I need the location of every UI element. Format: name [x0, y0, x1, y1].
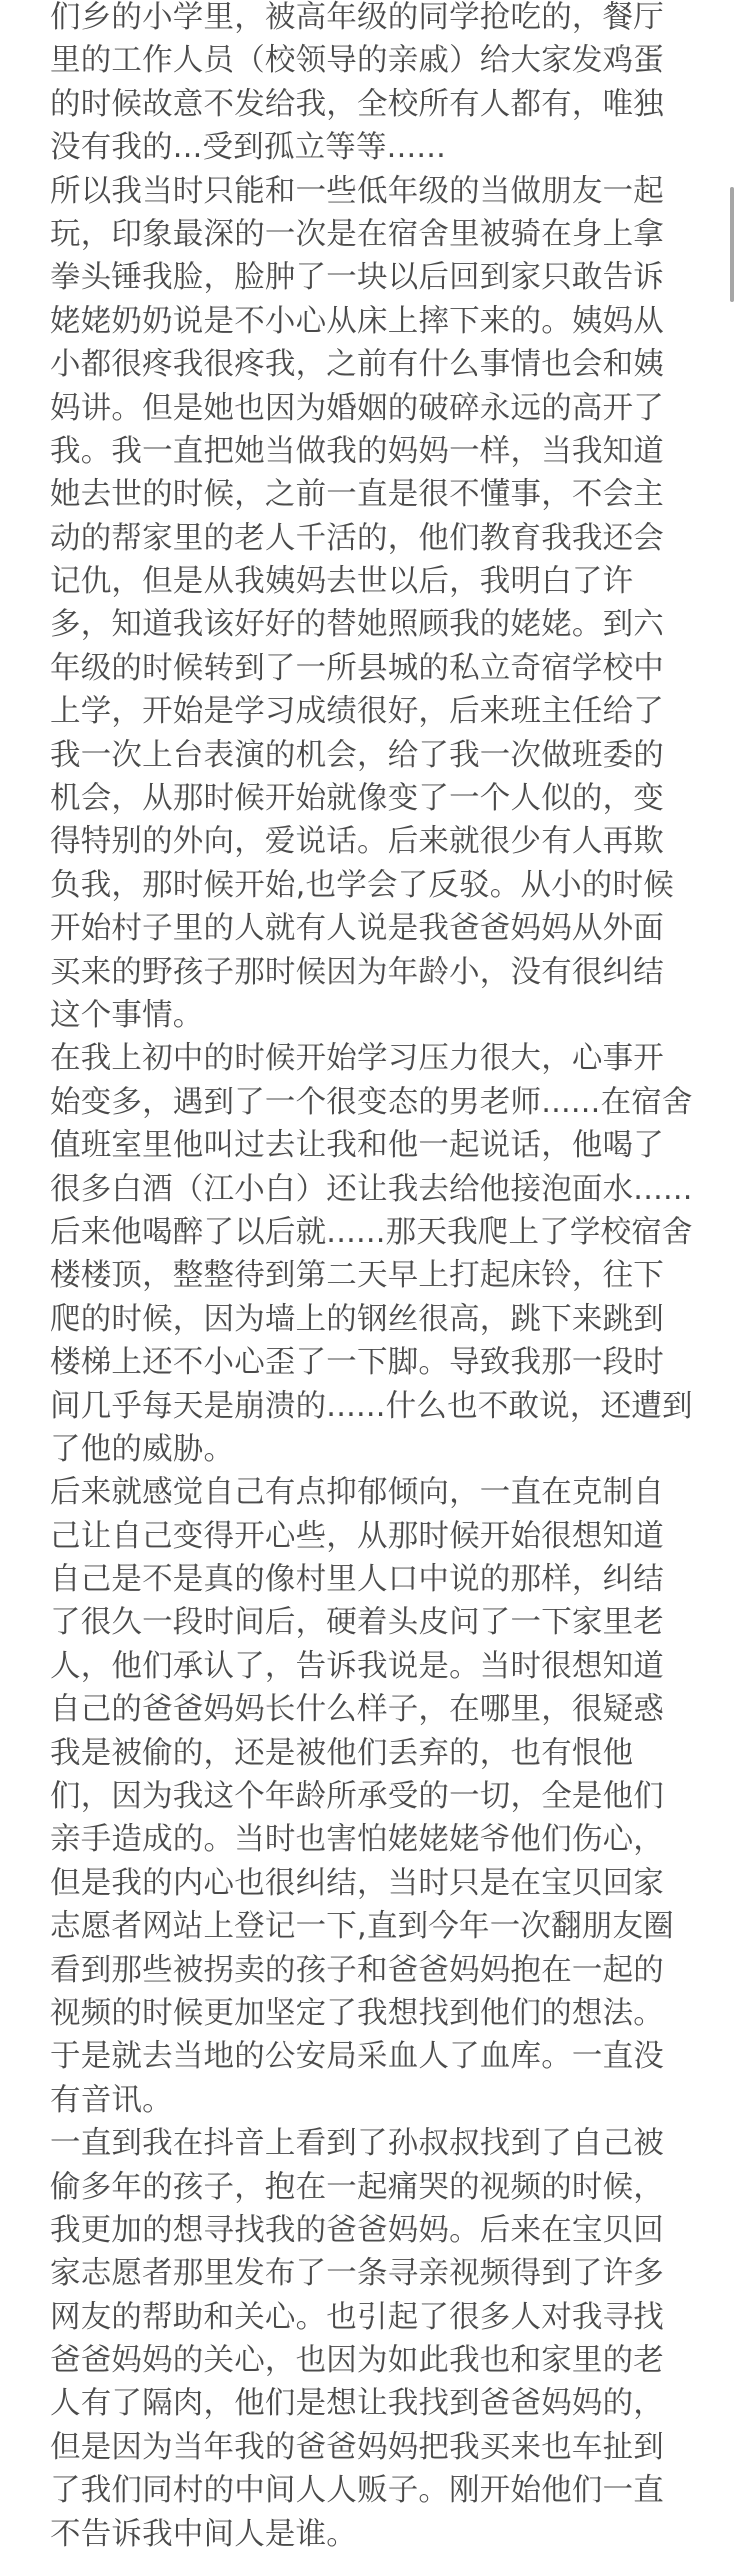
article-text: 们乡的小学里，被高年级的同学抢吃的，餐厅里的工作人员（校领导的亲戚）给大家发鸡蛋…: [50, 0, 690, 2556]
text-line: 妈讲。但是她也因为婚姻的破碎永远的高开了: [50, 387, 690, 430]
text-line: 有音讯。: [50, 2079, 690, 2122]
document-page: 们乡的小学里，被高年级的同学抢吃的，餐厅里的工作人员（校领导的亲戚）给大家发鸡蛋…: [0, 0, 740, 2560]
text-line: 记仇，但是从我姨妈去世以后，我明白了许: [50, 560, 690, 603]
text-line: 我是被偷的，还是被他们丢弃的，也有恨他: [50, 1732, 690, 1775]
text-line: 小都很疼我很疼我，之前有什么事情也会和姨: [50, 343, 690, 386]
text-line: 始变多，遇到了一个很变态的男老师......在宿舍: [50, 1081, 690, 1124]
text-line: 拳头锤我脸，脸肿了一块以后回到家只敢告诉: [50, 256, 690, 299]
text-line: 多，知道我该好好的替她照顾我的姥姥。到六: [50, 603, 690, 646]
text-line: 己让自己变得开心些，从那时候开始很想知道: [50, 1515, 690, 1558]
text-line: 上学，开始是学习成绩很好，后来班主任给了: [50, 690, 690, 733]
text-line: 志愿者网站上登记一下,直到今年一次翻朋友圈: [50, 1905, 690, 1948]
text-line: 但是我的内心也很纠结，当时只是在宝贝回家: [50, 1862, 690, 1905]
text-line: 一直到我在抖音上看到了孙叔叔找到了自己被: [50, 2122, 690, 2165]
text-line: 所以我当时只能和一些低年级的当做朋友一起: [50, 170, 690, 213]
text-line: 不告诉我中间人是谁。: [50, 2513, 690, 2556]
text-line: 了他的威胁。: [50, 1428, 690, 1471]
text-line: 的时候故意不发给我，全校所有人都有，唯独: [50, 83, 690, 126]
text-line: 负我，那时候开始,也学会了反驳。从小的时候: [50, 864, 690, 907]
text-line: 了很久一段时间后，硬着头皮问了一下家里老: [50, 1601, 690, 1644]
text-line: 于是就去当地的公安局采血人了血库。一直没: [50, 2035, 690, 2078]
text-line: 自己的爸爸妈妈长什么样子，在哪里，很疑惑: [50, 1688, 690, 1731]
text-line: 偷多年的孩子，抱在一起痛哭的视频的时候，: [50, 2166, 690, 2209]
text-line: 没有我的...受到孤立等等......: [50, 126, 690, 169]
text-line: 们乡的小学里，被高年级的同学抢吃的，餐厅: [50, 0, 690, 39]
text-line: 爬的时候，因为墙上的钢丝很高，跳下来跳到: [50, 1298, 690, 1341]
vertical-scrollbar[interactable]: [728, 0, 736, 2560]
text-line: 亲手造成的。当时也害怕姥姥姥爷他们伤心，: [50, 1818, 690, 1861]
text-line: 后来就感觉自己有点抑郁倾向，一直在克制自: [50, 1471, 690, 1514]
text-line: 楼楼顶，整整待到第二天早上打起床铃，往下: [50, 1254, 690, 1297]
text-line: 年级的时候转到了一所县城的私立奇宿学校中: [50, 647, 690, 690]
text-line: 人，他们承认了，告诉我说是。当时很想知道: [50, 1645, 690, 1688]
text-line: 楼梯上还不小心歪了一下脚。导致我那一段时: [50, 1341, 690, 1384]
text-line: 我一次上台表演的机会，给了我一次做班委的: [50, 734, 690, 777]
text-line: 值班室里他叫过去让我和他一起说话，他喝了: [50, 1124, 690, 1167]
text-line: 我。我一直把她当做我的妈妈一样，当我知道: [50, 430, 690, 473]
text-line: 间几乎每天是崩溃的......什么也不敢说，还遭到: [50, 1385, 690, 1428]
text-line: 自己是不是真的像村里人口中说的那样，纠结: [50, 1558, 690, 1601]
text-line: 视频的时候更加坚定了我想找到他们的想法。: [50, 1992, 690, 2035]
text-line: 里的工作人员（校领导的亲戚）给大家发鸡蛋: [50, 39, 690, 82]
text-line: 们，因为我这个年龄所承受的一切，全是他们: [50, 1775, 690, 1818]
text-line: 爸爸妈妈的关心，也因为如此我也和家里的老: [50, 2339, 690, 2382]
text-line: 后来他喝醉了以后就......那天我爬上了学校宿舍: [50, 1211, 690, 1254]
text-line: 网友的帮助和关心。也引起了很多人对我寻找: [50, 2296, 690, 2339]
text-line: 她去世的时候，之前一直是很不懂事，不会主: [50, 473, 690, 516]
text-line: 在我上初中的时候开始学习压力很大，心事开: [50, 1037, 690, 1080]
text-line: 得特别的外向，爱说话。后来就很少有人再欺: [50, 820, 690, 863]
text-line: 了我们同村的中间人人贩子。刚开始他们一直: [50, 2469, 690, 2512]
scrollbar-thumb[interactable]: [730, 187, 734, 302]
text-line: 买来的野孩子那时候因为年龄小，没有很纠结: [50, 951, 690, 994]
text-line: 这个事情。: [50, 994, 690, 1037]
text-line: 家志愿者那里发布了一条寻亲视频得到了许多: [50, 2252, 690, 2295]
text-line: 玩，印象最深的一次是在宿舍里被骑在身上拿: [50, 213, 690, 256]
text-line: 机会，从那时候开始就像变了一个人似的，变: [50, 777, 690, 820]
text-line: 看到那些被拐卖的孩子和爸爸妈妈抱在一起的: [50, 1949, 690, 1992]
text-line: 很多白酒（江小白）还让我去给他接泡面水......: [50, 1168, 690, 1211]
text-line: 我更加的想寻找我的爸爸妈妈。后来在宝贝回: [50, 2209, 690, 2252]
text-line: 人有了隔肉，他们是想让我找到爸爸妈妈的，: [50, 2382, 690, 2425]
text-line: 但是因为当年我的爸爸妈妈把我买来也车扯到: [50, 2426, 690, 2469]
text-line: 姥姥奶奶说是不小心从床上摔下来的。姨妈从: [50, 300, 690, 343]
text-line: 动的帮家里的老人千活的，他们教育我我还会: [50, 517, 690, 560]
text-line: 开始村子里的人就有人说是我爸爸妈妈从外面: [50, 907, 690, 950]
